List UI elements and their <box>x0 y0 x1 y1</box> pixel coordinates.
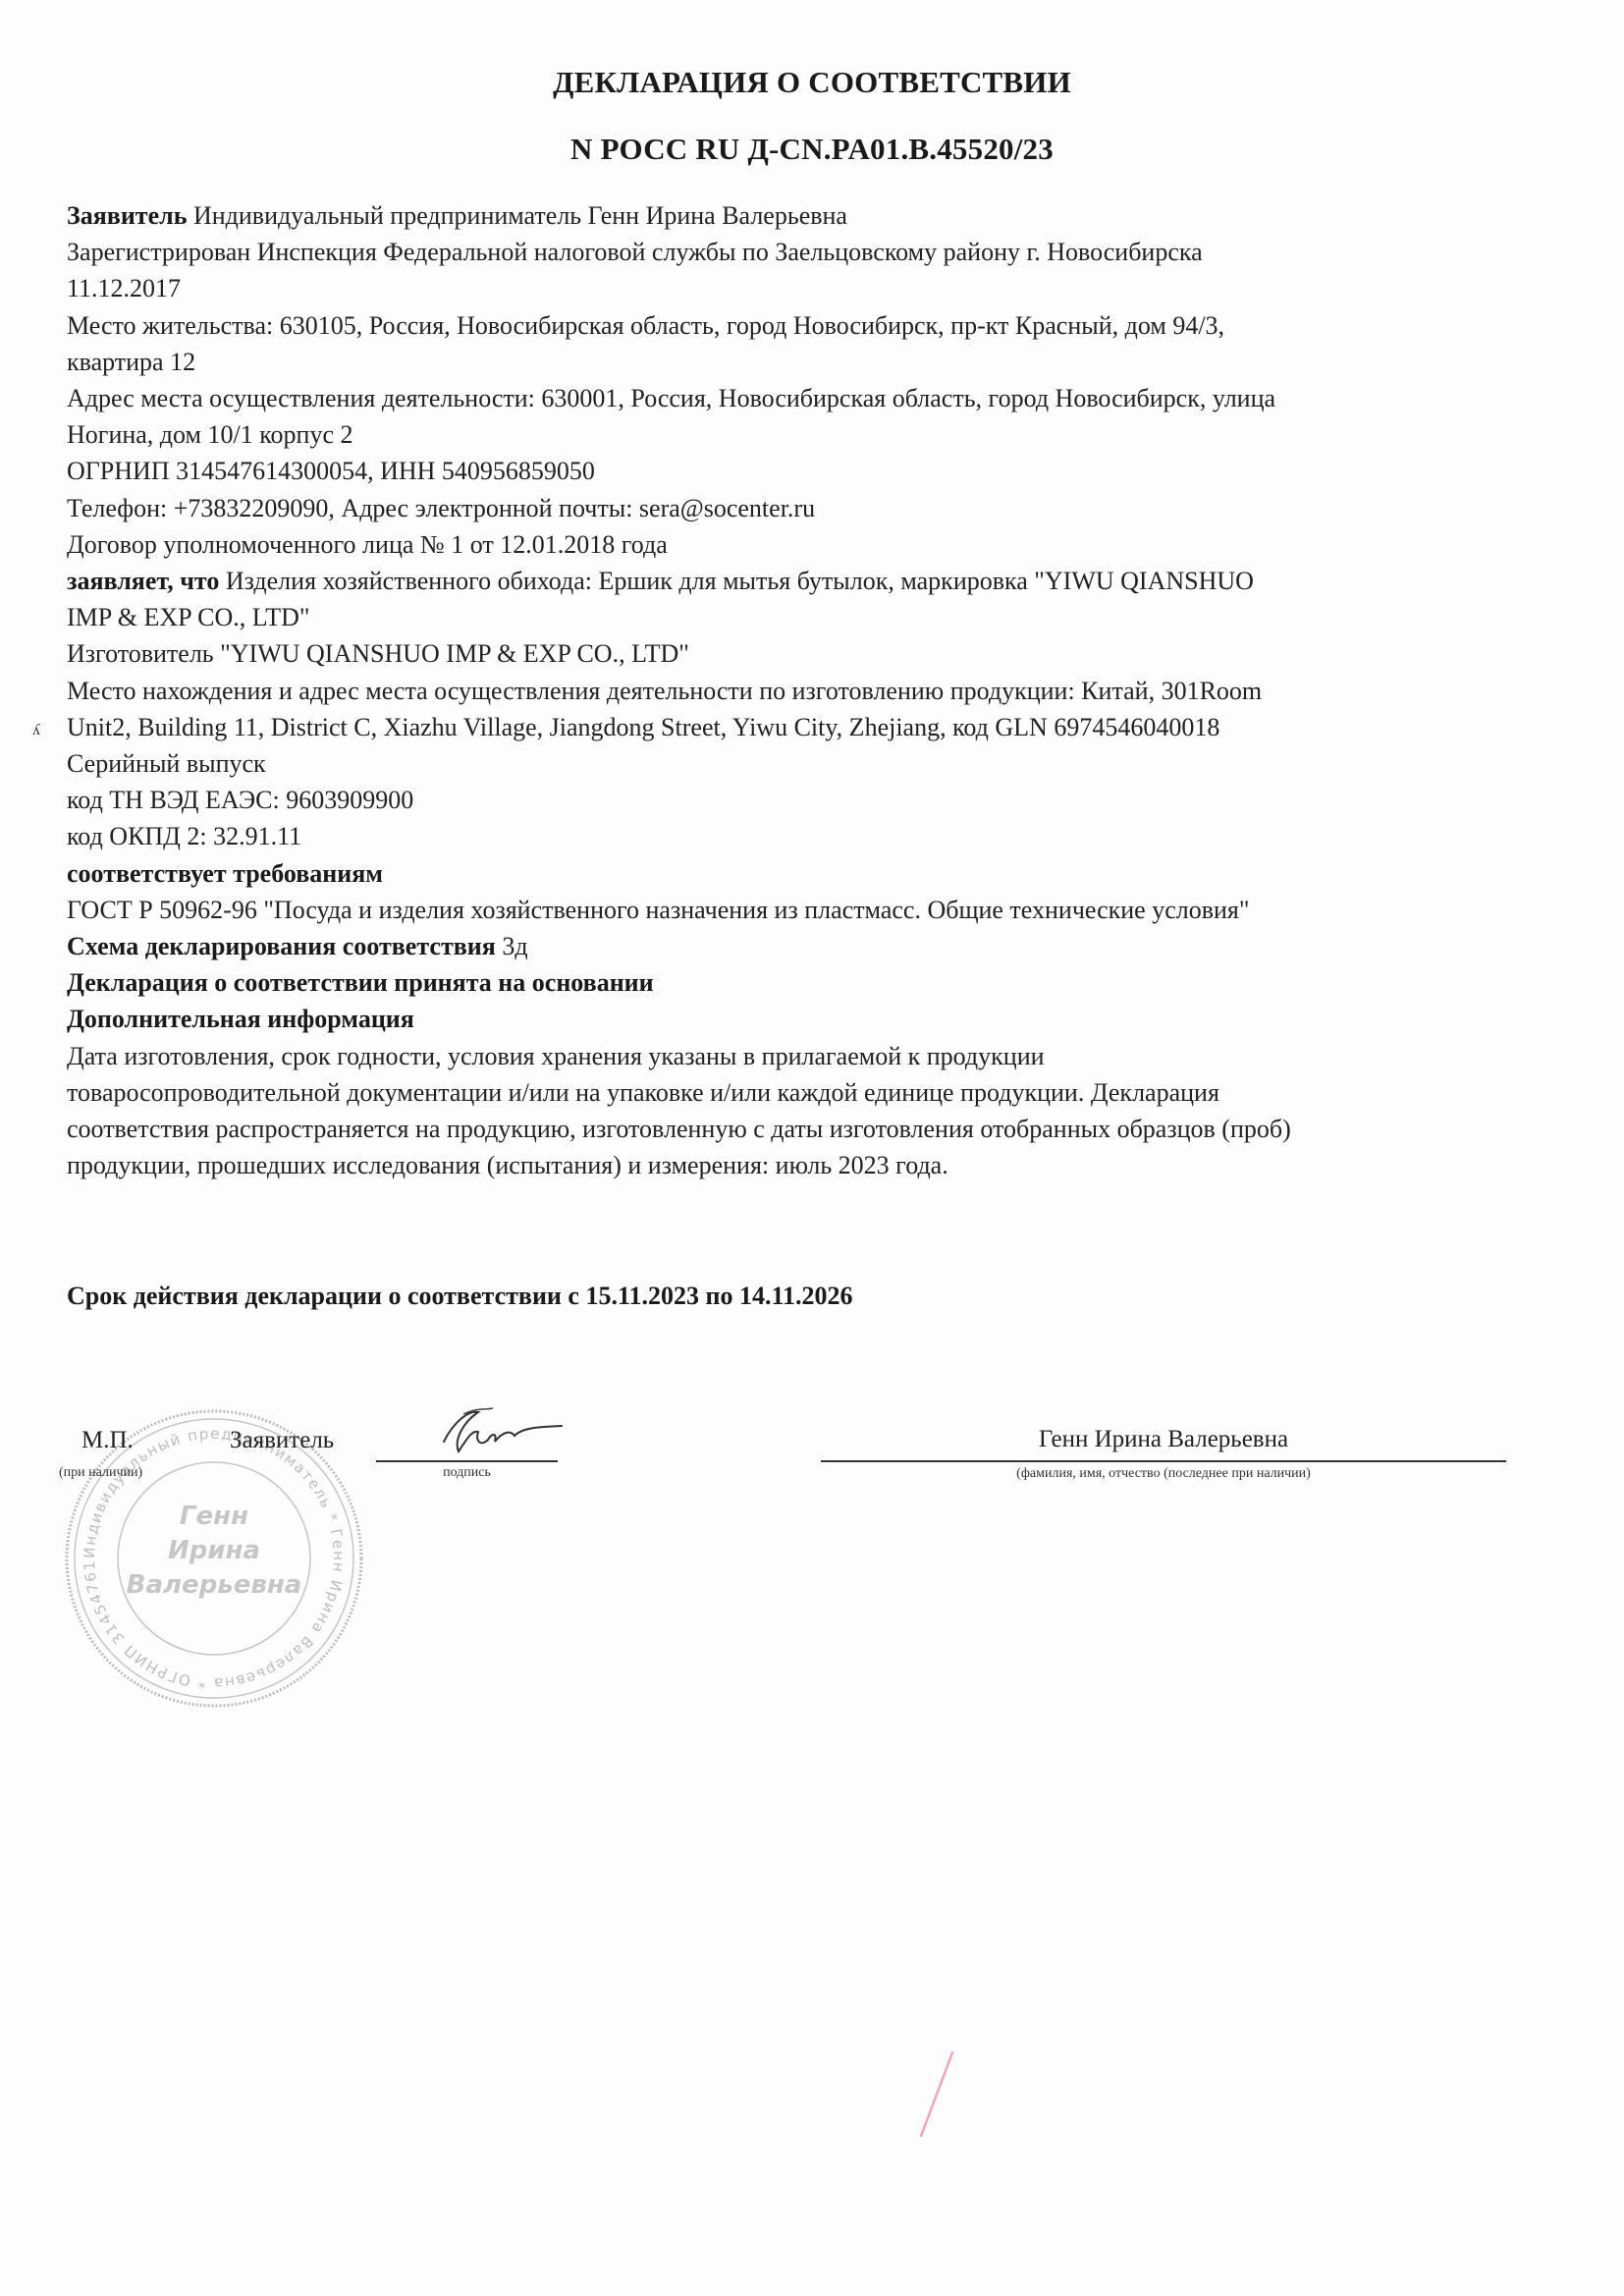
activity-address-line-1: Адрес места осуществления деятельности: … <box>67 380 1559 416</box>
residence-line-2: квартира 12 <box>67 344 1559 380</box>
document-title: ДЕКЛАРАЦИЯ О СООТВЕТСТВИИ <box>0 65 1624 100</box>
serial-release: Серийный выпуск <box>67 745 1559 782</box>
signatory-name: Генн Ирина Валерьевна <box>821 1426 1506 1453</box>
validity-period: Срок действия декларации о соответствии … <box>67 1282 853 1311</box>
activity-address-line-2: Ногина, дом 10/1 корпус 2 <box>67 416 1559 453</box>
tn-ved-code: код ТН ВЭД ЕАЭС: 9603909900 <box>67 782 1559 818</box>
okpd-code: код ОКПД 2: 32.91.11 <box>67 818 1559 854</box>
additional-line-1: Дата изготовления, срок годности, услови… <box>67 1038 1559 1074</box>
declaration-page: ДЕКЛАРАЦИЯ О СООТВЕТСТВИИ N РОСС RU Д-CN… <box>0 0 1624 2296</box>
scheme-label: Схема декларирования соответствия <box>67 932 496 960</box>
name-line <box>821 1460 1506 1462</box>
contacts: Телефон: +73832209090, Адрес электронной… <box>67 490 1559 526</box>
seal-label: М.П. <box>81 1427 134 1454</box>
applicant-line: Заявитель Индивидуальный предприниматель… <box>67 197 1559 234</box>
seal-note: (при наличии) <box>59 1465 142 1481</box>
svg-text:Генн: Генн <box>180 1502 248 1531</box>
registered-line-1: Зарегистрирован Инспекция Федеральной на… <box>67 234 1559 270</box>
scheme-line: Схема декларирования соответствия 3д <box>67 928 1559 964</box>
manufacturer: Изготовитель "YIWU QIANSHUO IMP & EXP CO… <box>67 635 1559 672</box>
declares-line-2: IMP & EXP CO., LTD" <box>67 599 1559 635</box>
conforms-heading: соответствует требованиям <box>67 855 1559 892</box>
manufacturer-address-line-2: Unit2, Building 11, District C, Xiazhu V… <box>67 709 1559 745</box>
additional-heading: Дополнительная информация <box>67 1001 1559 1037</box>
handwritten-signature-icon <box>424 1402 571 1461</box>
applicant-value: Индивидуальный предприниматель Генн Ирин… <box>187 201 847 230</box>
contract: Договор уполномоченного лица № 1 от 12.0… <box>67 526 1559 563</box>
signature-note: подпись <box>376 1465 558 1481</box>
applicant-label: Заявитель <box>67 201 187 230</box>
residence-line-1: Место жительства: 630105, Россия, Новоси… <box>67 307 1559 344</box>
signature-line <box>376 1460 558 1462</box>
declares-label: заявляет, что <box>67 567 219 595</box>
applicant-signature-label: Заявитель <box>230 1427 334 1454</box>
margin-mark: ʎ <box>32 722 40 739</box>
additional-line-4: продукции, прошедших исследования (испыт… <box>67 1147 1559 1183</box>
ogrnip-inn: ОГРНИП 314547614300054, ИНН 540956859050 <box>67 453 1559 489</box>
standard: ГОСТ Р 50962-96 "Посуда и изделия хозяйс… <box>67 892 1559 928</box>
name-note: (фамилия, имя, отчество (последнее при н… <box>821 1466 1506 1482</box>
declaration-body: Заявитель Индивидуальный предприниматель… <box>67 197 1559 1183</box>
pen-stroke-icon <box>913 2043 962 2141</box>
additional-line-2: товаросопроводительной документации и/ил… <box>67 1074 1559 1111</box>
svg-text:Валерьевна: Валерьевна <box>127 1570 302 1600</box>
declares-value: Изделия хозяйственного обихода: Ершик дл… <box>219 567 1254 595</box>
scheme-value: 3д <box>496 932 528 960</box>
registered-line-2: 11.12.2017 <box>67 270 1559 306</box>
declares-line-1: заявляет, что Изделия хозяйственного оби… <box>67 563 1559 599</box>
additional-line-3: соответствия распространяется на продукц… <box>67 1111 1559 1147</box>
svg-text:Ирина: Ирина <box>168 1536 260 1565</box>
declaration-number: N РОСС RU Д-CN.PA01.B.45520/23 <box>0 132 1624 167</box>
basis-heading: Декларация о соответствии принята на осн… <box>67 964 1559 1001</box>
manufacturer-address-line-1: Место нахождения и адрес места осуществл… <box>67 673 1559 709</box>
